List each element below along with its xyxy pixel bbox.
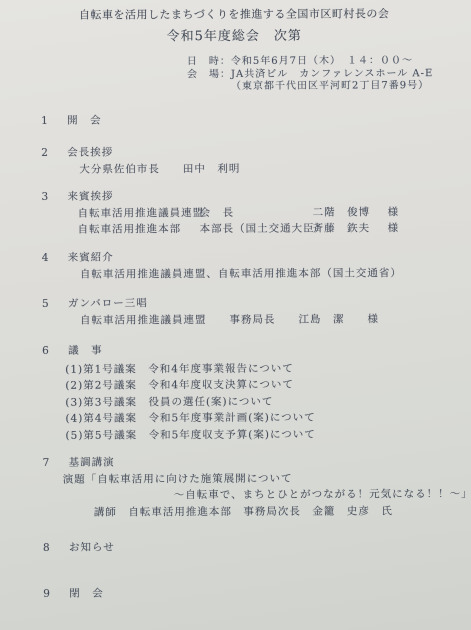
venue-address: （東京都千代田区平河町2丁目7番9号） [231, 80, 429, 92]
guest-orgs-line: 自転車活用推進議員連盟、自転車活用推進本部（国土交通省） [80, 265, 402, 283]
item-number: 6 [42, 343, 68, 360]
agenda-document-photo: 自転車を活用したまちづくりを推進する全国市区町村長の会 令和5年度総会 次第 日… [0, 0, 471, 630]
item-number: 7 [43, 455, 69, 472]
agenda-item-closing: 9閉 会 [43, 586, 104, 603]
datetime-label: 日 時： [187, 56, 231, 67]
venue-label: 会 場： [187, 69, 231, 80]
item-title: 議 事 [68, 345, 103, 357]
chair-name-line: 大分県佐伯市長 田中 利明 [79, 160, 240, 177]
motion-line: (1)第1号議案 令和4年度事業報告について [65, 360, 315, 378]
item-number: 2 [41, 145, 67, 162]
datetime-value: 令和5年6月7日（木） １４：００～ [231, 55, 413, 67]
lecture-title-line: 演題「自転車活用に向けた施策展開について [63, 469, 471, 487]
guest-row: 自転車活用推進議員連盟 会 長 二階 俊博 様 [78, 204, 400, 222]
document-header: 自転車を活用したまちづくりを推進する全国市区町村長の会 令和5年度総会 次第 [0, 5, 470, 45]
item-title: 閉 会 [69, 588, 104, 600]
item-number: 5 [42, 296, 68, 313]
item-title: 来賓紹介 [68, 252, 114, 264]
cheer-leader-line: 自転車活用推進議員連盟 事務局長 江島 潔 様 [80, 311, 379, 329]
motion-line: (2)第2号議案 令和4年度収支決算について [65, 377, 315, 395]
venue-value: JA共済ビル カンファレンスホール A-E [231, 68, 433, 80]
meeting-venue-row: 会 場：JA共済ビル カンファレンスホール A-E [187, 68, 433, 82]
item-title: お知らせ [69, 542, 115, 554]
motion-line: (4)第4号議案 令和5年度事業計画(案)について [65, 410, 315, 428]
lecturer-line: 講師 自転車活用推進本部 事務局次長 金籠 史彦 氏 [94, 502, 471, 520]
guest-name: 斉藤 鉃夫 [313, 220, 388, 237]
agenda-item-ganbaro-cheer: 5ガンバロー三唱 自転車活用推進議員連盟 事務局長 江島 潔 様 [42, 294, 379, 328]
agenda-item-guest-introduction: 4来賓紹介 自転車活用推進議員連盟、自転車活用推進本部（国土交通省） [42, 248, 402, 283]
item-heading: 5ガンバロー三唱 [42, 294, 379, 312]
item-heading: 6議 事 [42, 342, 315, 360]
item-number: 3 [41, 189, 67, 206]
guest-org: 自転車活用推進本部 [78, 221, 200, 238]
meeting-venue-address-row: （東京都千代田区平河町2丁目7番9号） [187, 80, 433, 94]
paper-sheet: 自転車を活用したまちづくりを推進する全国市区町村長の会 令和5年度総会 次第 日… [0, 0, 471, 630]
guest-honorific: 様 [388, 220, 400, 237]
item-heading: 4来賓紹介 [42, 248, 402, 266]
item-number: 8 [43, 540, 69, 557]
agenda-item-keynote-lecture: 7基調講演 演題「自転車活用に向けた施策展開について ～自転車で、まちとひとがつ… [43, 453, 471, 521]
item-heading: 3来賓挨拶 [41, 187, 399, 205]
guest-row: 自転車活用推進本部 本部長（国土交通大臣） 斉藤 鉃夫 様 [78, 220, 400, 238]
item-title: 開 会 [67, 115, 102, 127]
guest-role: 会 長 [200, 204, 313, 221]
item-title: 来賓挨拶 [67, 191, 113, 203]
agenda-item-opening: 1開 会 [41, 113, 102, 130]
agenda-item-chair-greeting: 2会長挨拶 大分県佐伯市長 田中 利明 [41, 144, 240, 178]
lecture-subtitle-line: ～自転車で、まちとひとがつながる！元気になる！！～」 [174, 486, 471, 504]
agenda-item-guest-greetings: 3来賓挨拶 自転車活用推進議員連盟 会 長 二階 俊博 様 自転車活用推進本部 … [41, 187, 399, 238]
meeting-meta: 日 時：令和5年6月7日（木） １４：００～ 会 場：JA共済ビル カンファレン… [187, 55, 434, 94]
item-heading: 2会長挨拶 [41, 144, 240, 161]
guest-org: 自転車活用推進議員連盟 [78, 205, 200, 222]
meeting-datetime-row: 日 時：令和5年6月7日（木） １４：００～ [187, 55, 433, 69]
guest-role: 本部長（国土交通大臣） [200, 221, 313, 238]
guest-name: 二階 俊博 [313, 204, 388, 221]
guest-honorific: 様 [388, 204, 400, 221]
item-number: 1 [41, 113, 67, 130]
page-title: 自転車を活用したまちづくりを推進する全国市区町村長の会 [0, 5, 470, 23]
agenda-item-proceedings: 6議 事 (1)第1号議案 令和4年度事業報告について (2)第2号議案 令和4… [42, 342, 316, 444]
agenda-item-announcements: 8お知らせ [43, 540, 115, 557]
item-title: 基調講演 [69, 457, 115, 469]
motion-line: (5)第5号議案 令和5年度収支予算(案)について [65, 426, 315, 444]
item-number: 9 [43, 586, 69, 603]
page-subtitle: 令和5年度総会 次第 [0, 24, 470, 45]
item-number: 4 [42, 250, 68, 267]
item-title: 会長挨拶 [67, 147, 113, 159]
item-heading: 7基調講演 [43, 453, 471, 471]
motion-list: (1)第1号議案 令和4年度事業報告について (2)第2号議案 令和4年度収支決… [65, 360, 316, 444]
item-title: ガンバロー三唱 [68, 297, 148, 309]
motion-line: (3)第3号議案 役員の選任(案)について [65, 393, 315, 411]
guest-list: 自転車活用推進議員連盟 会 長 二階 俊博 様 自転車活用推進本部 本部長（国土… [78, 204, 400, 238]
